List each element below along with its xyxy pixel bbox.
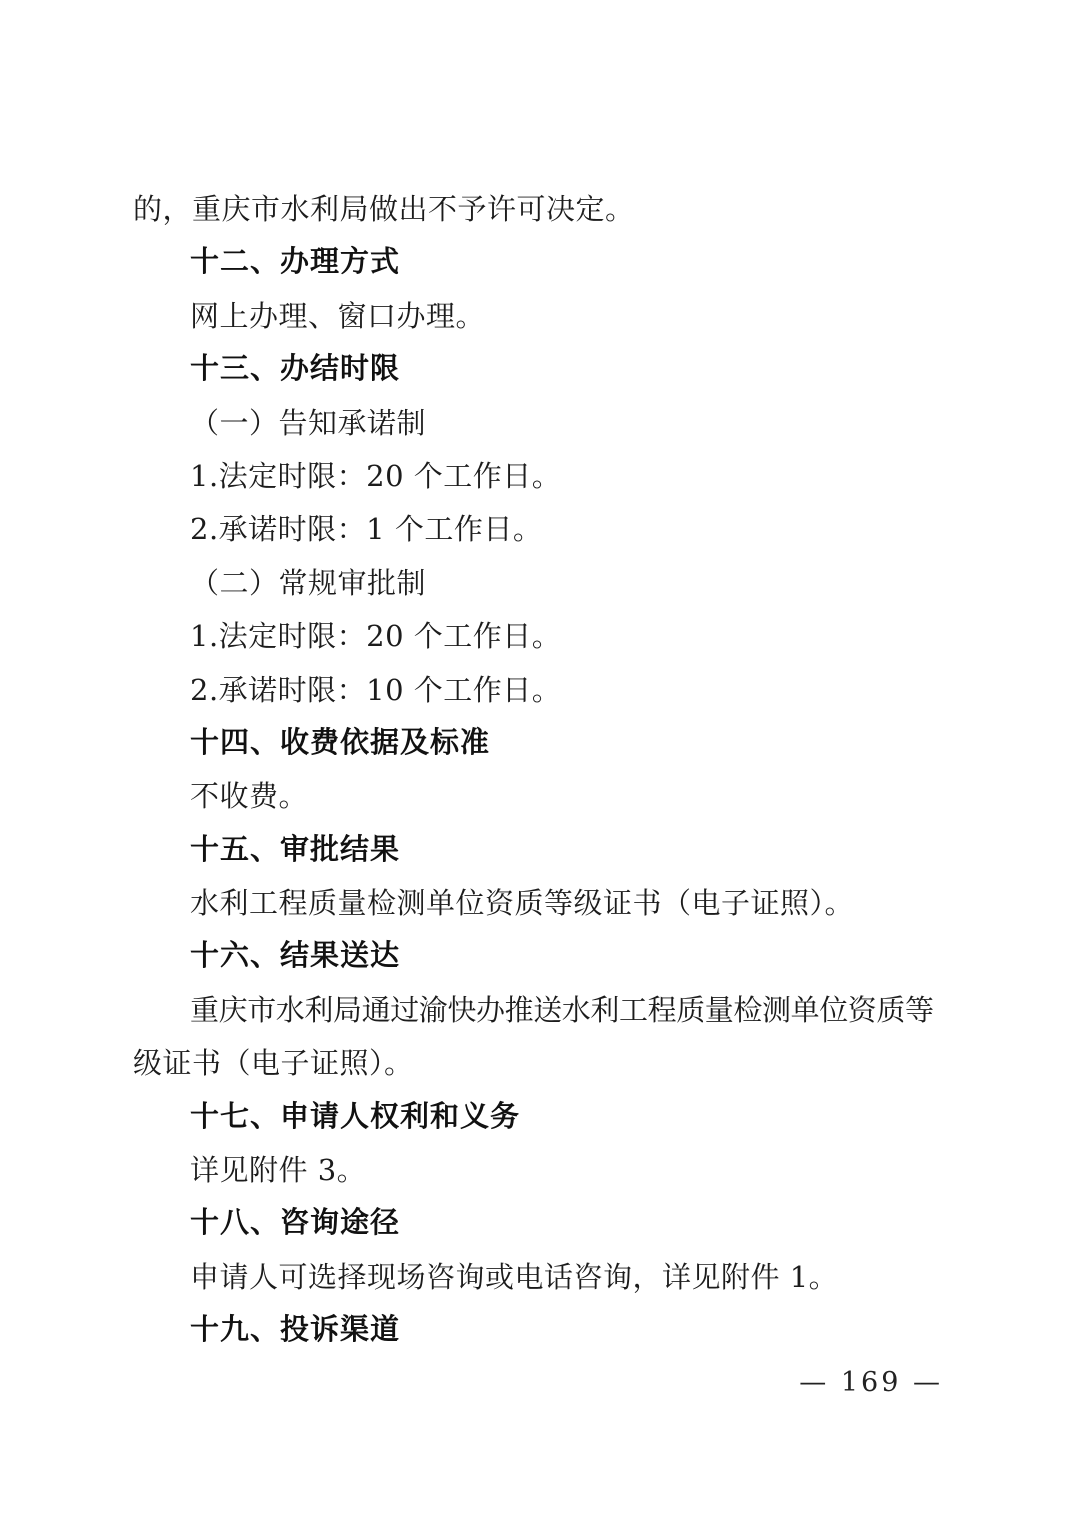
section-heading: 十七、申请人权利和义务 bbox=[133, 1091, 945, 1144]
body-line: 2.承诺时限：1 个工作日。 bbox=[133, 503, 945, 556]
section-heading: 十九、投诉渠道 bbox=[133, 1304, 945, 1357]
body-line: 水利工程质量检测单位资质等级证书（电子证照）。 bbox=[133, 877, 945, 930]
section-heading: 十二、办理方式 bbox=[133, 236, 945, 289]
body-line: （二）常规审批制 bbox=[133, 557, 945, 610]
page-number: — 169 — bbox=[799, 1367, 943, 1398]
body-line: 2.承诺时限：10 个工作日。 bbox=[133, 664, 945, 717]
section-heading: 十五、审批结果 bbox=[133, 824, 945, 877]
document-page: 的，重庆市水利局做出不予许可决定。 十二、办理方式 网上办理、窗口办理。 十三、… bbox=[0, 0, 1074, 1520]
body-line: 不收费。 bbox=[133, 770, 945, 823]
document-body: 的，重庆市水利局做出不予许可决定。 十二、办理方式 网上办理、窗口办理。 十三、… bbox=[133, 183, 945, 1358]
body-line: 申请人可选择现场咨询或电话咨询，详见附件 1。 bbox=[133, 1251, 945, 1304]
body-line: 1.法定时限：20 个工作日。 bbox=[133, 610, 945, 663]
body-line: （一）告知承诺制 bbox=[133, 397, 945, 450]
body-line: 的，重庆市水利局做出不予许可决定。 bbox=[133, 183, 945, 236]
section-heading: 十八、咨询途径 bbox=[133, 1197, 945, 1250]
section-heading: 十四、收费依据及标准 bbox=[133, 717, 945, 770]
section-heading: 十三、办结时限 bbox=[133, 343, 945, 396]
body-line: 网上办理、窗口办理。 bbox=[133, 290, 945, 343]
body-line: 级证书（电子证照）。 bbox=[133, 1037, 945, 1090]
body-line: 重庆市水利局通过渝快办推送水利工程质量检测单位资质等 bbox=[133, 984, 945, 1037]
page-footer: — 169 — bbox=[799, 1363, 943, 1403]
section-heading: 十六、结果送达 bbox=[133, 930, 945, 983]
body-line: 详见附件 3。 bbox=[133, 1144, 945, 1197]
body-line: 1.法定时限：20 个工作日。 bbox=[133, 450, 945, 503]
